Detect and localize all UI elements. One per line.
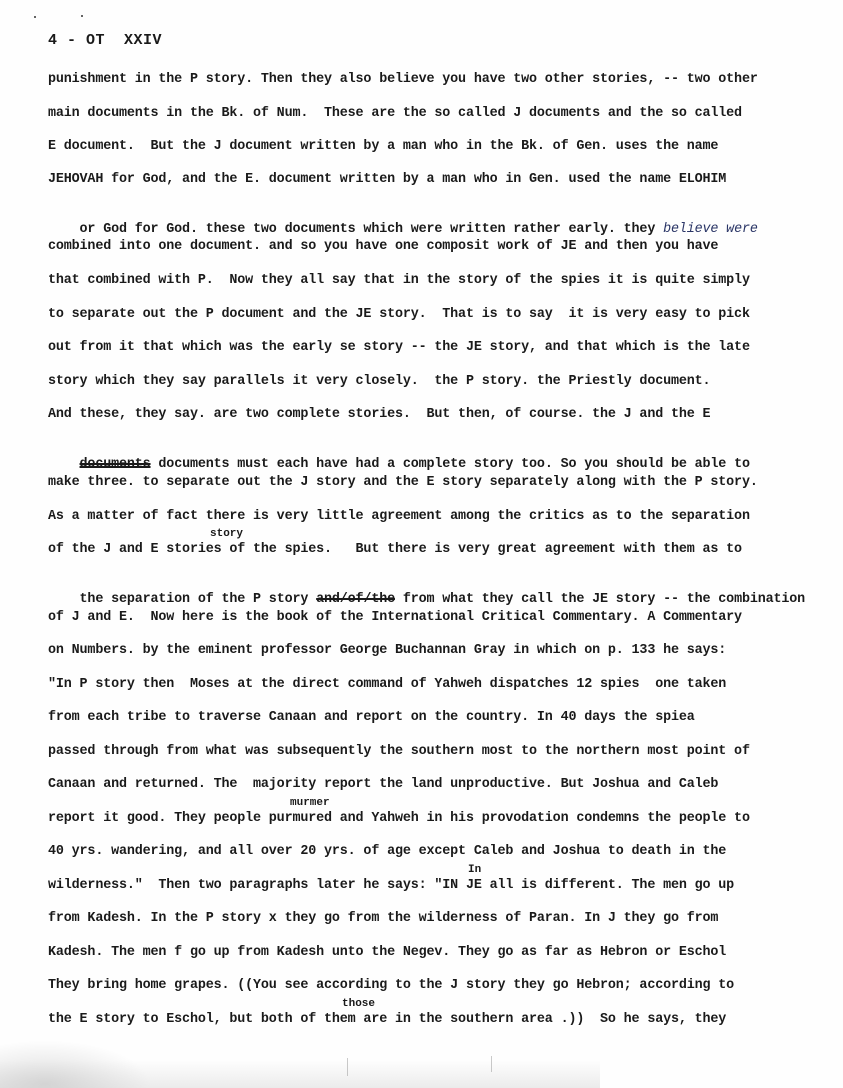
text-line: the E story to Eschol, but both of them …	[48, 1012, 726, 1028]
document-page: 4 - OT XXIV punishment in the P story. T…	[0, 0, 843, 1088]
text-line: They bring home grapes. ((You see accord…	[48, 978, 734, 994]
text-line: "In P story then Moses at the direct com…	[48, 677, 726, 693]
text-segment: from what they call the JE story -- the …	[395, 592, 805, 607]
text-line: story which they say parallels it very c…	[48, 374, 710, 390]
interlinear-insert: those	[342, 998, 375, 1010]
text-line: And these, they say. are two complete st…	[48, 407, 710, 423]
text-line: that combined with P. Now they all say t…	[48, 273, 750, 289]
text-line: of the J and E stories of the spies. But…	[48, 542, 742, 558]
scan-shadow	[0, 1040, 150, 1088]
text-line: from each tribe to traverse Canaan and r…	[48, 710, 695, 726]
text-line: main documents in the Bk. of Num. These …	[48, 106, 742, 122]
text-line: from Kadesh. In the P story x they go fr…	[48, 911, 718, 927]
text-line: As a matter of fact there is very little…	[48, 509, 750, 525]
text-line: to separate out the P document and the J…	[48, 307, 750, 323]
faint-ink-segment: believe were	[663, 222, 758, 237]
text-line: punishment in the P story. Then they als…	[48, 72, 758, 88]
text-line: report it good. They people purmured and…	[48, 811, 750, 827]
scan-speck	[34, 16, 36, 18]
text-line: JEHOVAH for God, and the E. document wri…	[48, 172, 726, 188]
text-segment: or God for God. these two documents whic…	[80, 222, 664, 237]
text-segment: the separation of the P story	[80, 592, 317, 607]
struck-out-text: and/of/the	[316, 592, 395, 607]
text-line: out from it that which was the early se …	[48, 340, 750, 356]
text-line: wilderness." Then two paragraphs later h…	[48, 878, 734, 894]
text-line: E document. But the J document written b…	[48, 139, 718, 155]
interlinear-insert: In	[468, 864, 481, 876]
interlinear-insert: story	[210, 528, 243, 540]
text-line: passed through from what was subsequentl…	[48, 744, 750, 760]
page-header: 4 - OT XXIV	[48, 32, 162, 49]
text-line: combined into one document. and so you h…	[48, 239, 718, 255]
text-line: make three. to separate out the J story …	[48, 475, 758, 491]
scan-speck	[81, 15, 83, 17]
text-line: Kadesh. The men f go up from Kadesh unto…	[48, 945, 726, 961]
text-segment: documents must each have had a complete …	[151, 457, 750, 472]
overtyped-word: documents	[80, 457, 151, 472]
text-line: on Numbers. by the eminent professor Geo…	[48, 643, 726, 659]
text-line: of J and E. Now here is the book of the …	[48, 610, 742, 626]
scan-artifact	[347, 1058, 348, 1076]
text-line: Canaan and returned. The majority report…	[48, 777, 718, 793]
text-line: 40 yrs. wandering, and all over 20 yrs. …	[48, 844, 726, 860]
interlinear-insert: murmer	[290, 797, 330, 809]
scan-artifact	[491, 1056, 492, 1072]
